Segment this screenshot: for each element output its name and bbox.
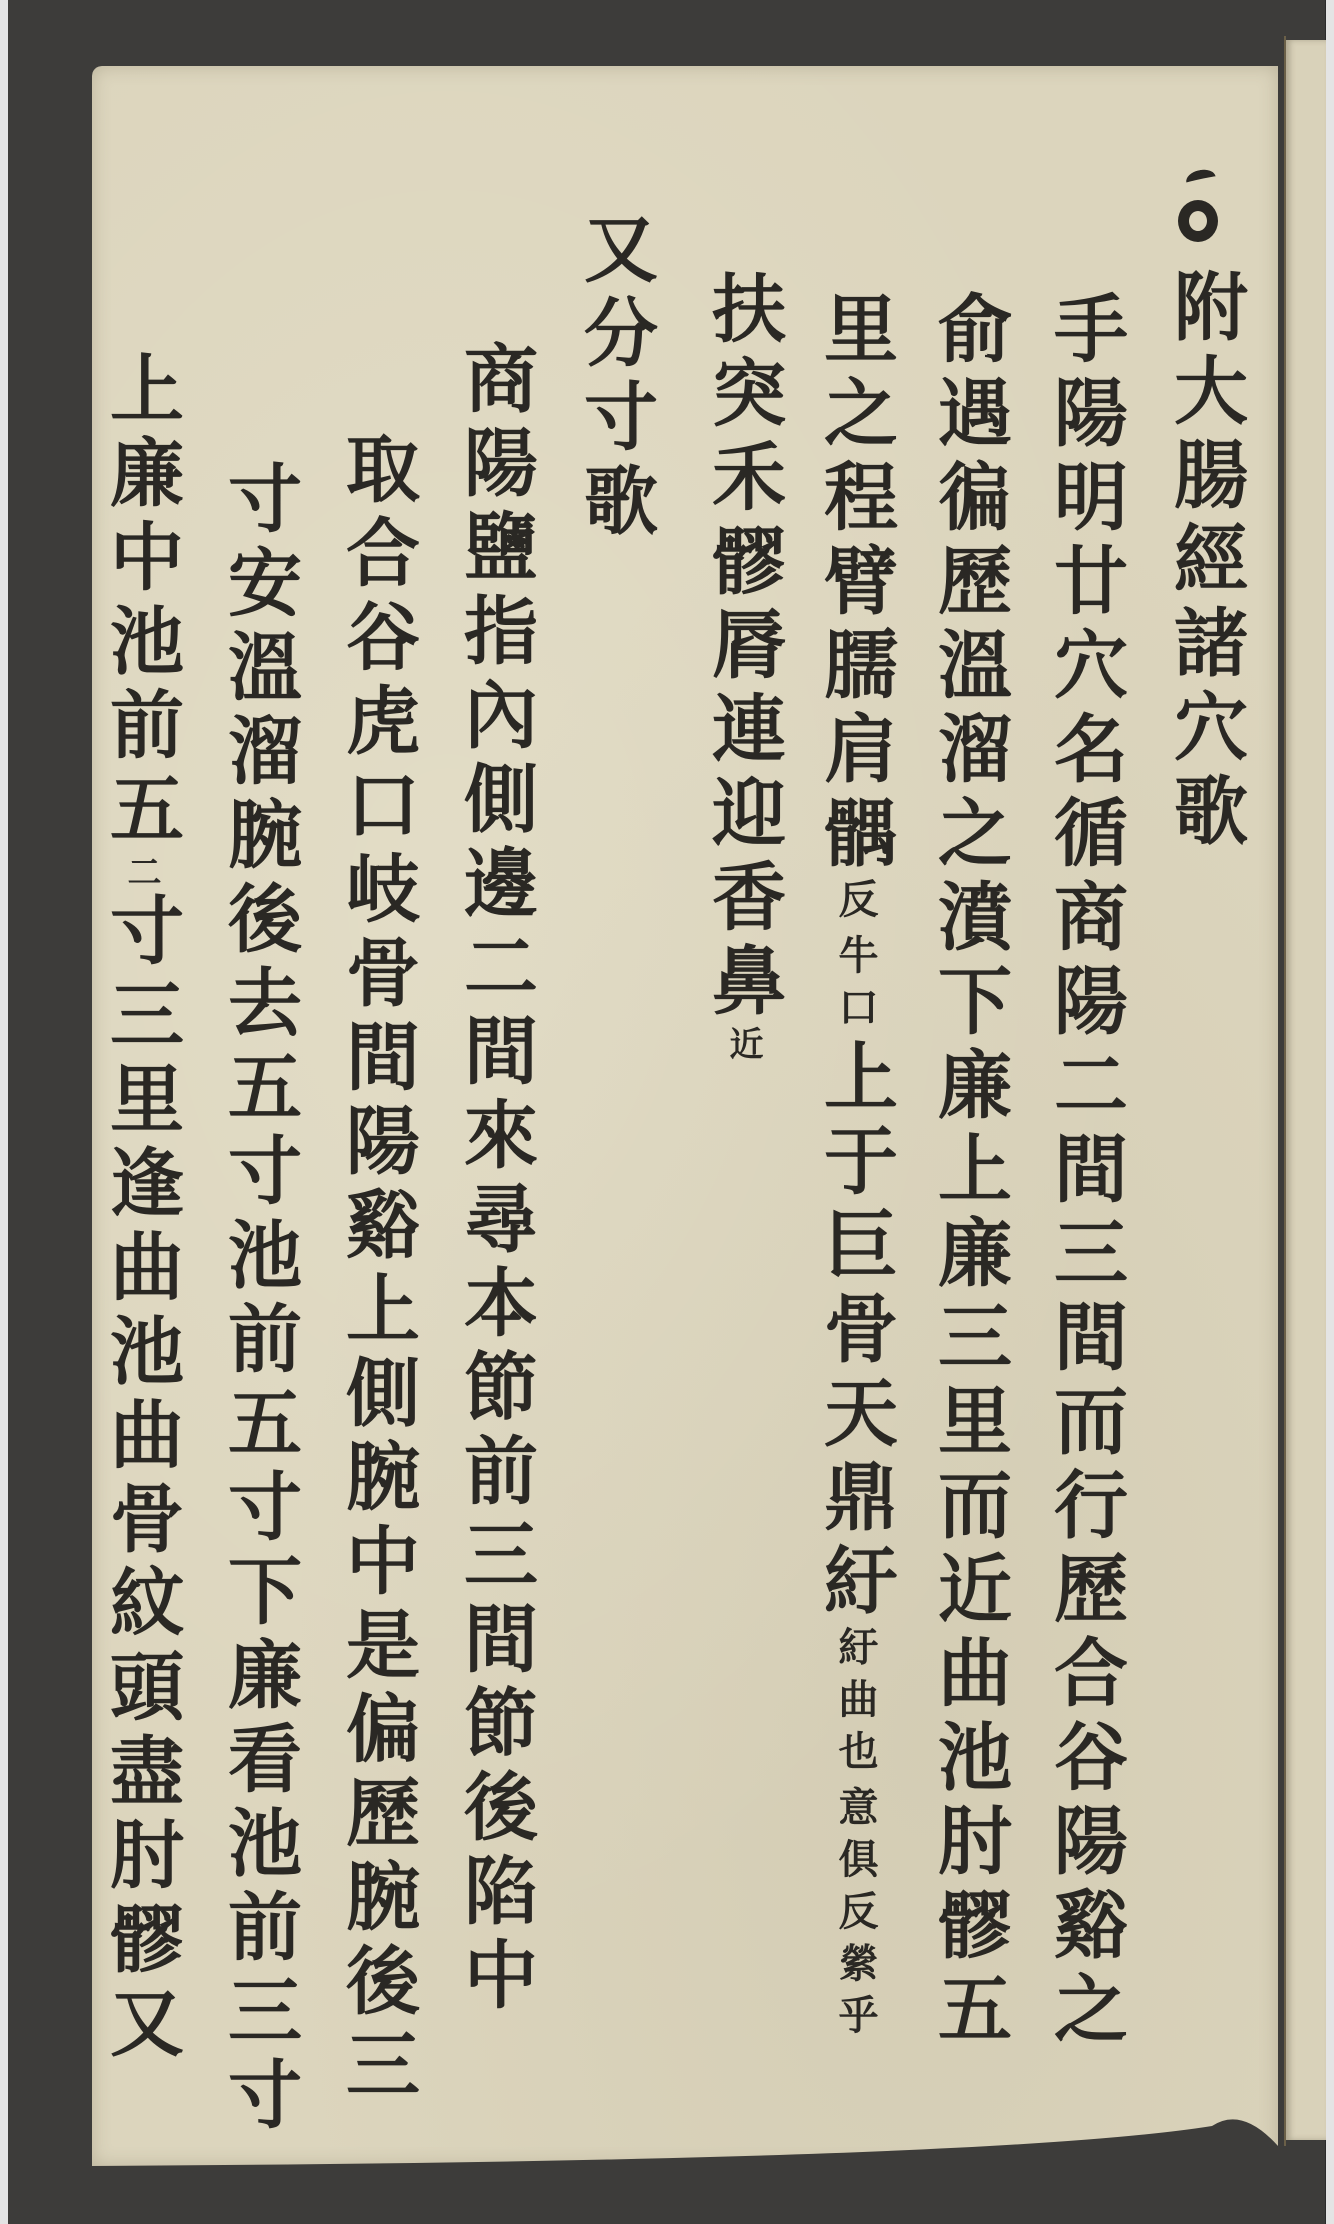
text-column-9: 寸安溫溜腕後去五寸池前五寸下廉看池前三寸: [222, 460, 296, 2140]
column-text: 上于巨骨天鼎紆: [812, 1038, 898, 1626]
inline-annotation: 牛口反: [835, 878, 875, 1038]
inline-annotation-end: 意俱反縈乎紆曲也: [835, 1626, 875, 2046]
text-column-10: 上廉中池前五二寸三里逢曲池曲骨紋頭盡肘髎又: [104, 350, 178, 2068]
viewer-right-edge: [1325, 0, 1334, 2224]
heading-circle-mark-icon: [1178, 200, 1218, 242]
adjacent-page-edge: [1286, 40, 1326, 2140]
text-column-4: 里之程臂臑肩髃牛口反上于巨骨天鼎紆意俱反縈乎紆曲也: [818, 290, 892, 2046]
text-column-2: 手陽明廿穴名循商陽二間三間而行歷合谷陽谿之: [1048, 290, 1122, 2054]
column-text: 取合谷虎口岐骨間陽谿上側腕中是偏歷腕後三: [334, 430, 420, 2110]
column-text: 商陽鹽指內側邊二間來尋本節前三間節後陷中: [452, 340, 538, 2020]
column-text: 上廉中池前五: [98, 350, 184, 854]
annotation-right: 意俱反縈乎: [835, 1786, 875, 2046]
column-text: 俞遇徧歷溫溜之濆下廉上廉三里而近曲池肘髎五: [926, 290, 1012, 2054]
annotation-right: 牛口: [835, 934, 875, 1038]
section-title: 附大腸經諸穴歌: [1168, 268, 1242, 856]
subtitle: 又分寸歌: [578, 210, 652, 546]
column-text: 扶突禾髎脣連迎香鼻: [700, 270, 786, 1026]
subtitle-text: 又分寸歌: [572, 210, 658, 546]
small-character: 近: [723, 1026, 763, 1064]
section-title-text: 附大腸經諸穴歌: [1162, 268, 1248, 856]
column-text: 寸安溫溜腕後去五寸池前五寸下廉看池前三寸: [216, 460, 302, 2140]
viewer-left-edge: [0, 0, 8, 2224]
text-column-8: 取合谷虎口岐骨間陽谿上側腕中是偏歷腕後三: [340, 430, 414, 2110]
small-character: 二: [121, 854, 161, 892]
text-column-7: 商陽鹽指內側邊二間來尋本節前三間節後陷中: [458, 340, 532, 2020]
column-text: 寸三里逢曲池曲骨紋頭盡肘髎又: [98, 892, 184, 2068]
page-fold-line: [1284, 36, 1286, 2146]
column-text: 里之程臂臑肩髃: [812, 290, 898, 878]
annotation-left: 反: [835, 878, 875, 930]
column-text: 手陽明廿穴名循商陽二間三間而行歷合谷陽谿之: [1042, 290, 1128, 2054]
text-column-5: 扶突禾髎脣連迎香鼻近: [706, 270, 780, 1064]
text-column-3: 俞遇徧歷溫溜之濆下廉上廉三里而近曲池肘髎五: [932, 290, 1006, 2054]
annotation-left: 紆曲也: [835, 1626, 875, 1782]
